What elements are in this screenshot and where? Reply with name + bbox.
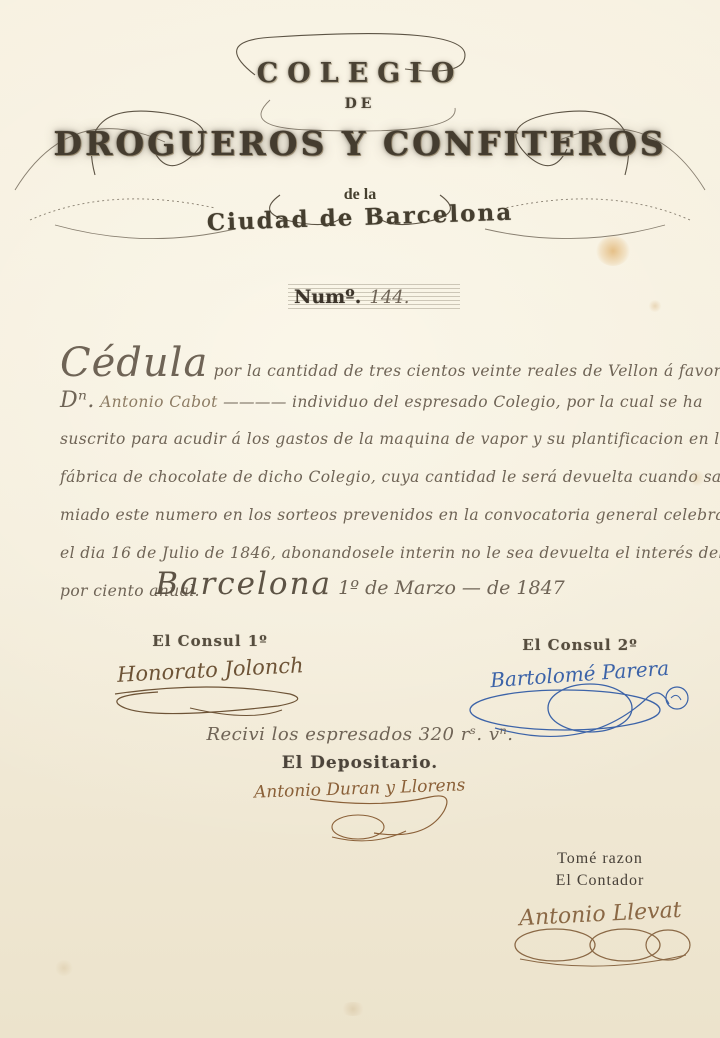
- body-line-text: ———— individuo del espresado Colegio, po…: [223, 393, 703, 411]
- number-value: 144.: [369, 287, 409, 308]
- depositario-signature: Antonio Duran y Llorens: [254, 775, 466, 802]
- certificate-page: COLEGIO DE DROGUEROS Y CONFITEROS de la …: [0, 0, 720, 1038]
- honorific: Dⁿ.: [60, 388, 95, 413]
- depositario-title: El Depositario.: [110, 753, 610, 773]
- foxing-stain: [54, 960, 74, 976]
- receipt-block: Recivi los espresados 320 rˢ. vⁿ. El Dep…: [110, 724, 610, 845]
- consul1-block: El Consul 1º Honorato Jolonch: [80, 632, 340, 722]
- body-line: miado este numero en los sorteos preveni…: [60, 496, 666, 534]
- body-line-text: por la cantidad de tres cientos veinte r…: [208, 362, 720, 380]
- body-line: Dⁿ. Antonio Cabot ———— individuo del esp…: [60, 382, 666, 420]
- consul1-signature: Honorato Jolonch: [116, 653, 304, 687]
- body-line: Cédula por la cantidad de tres cientos v…: [60, 344, 666, 382]
- contador-signature: Antonio Llevat: [518, 898, 682, 931]
- foxing-stain: [340, 1002, 366, 1016]
- receipt-line: Recivi los espresados 320 rˢ. vⁿ.: [110, 724, 610, 745]
- header-trade-title: DROGUEROS Y CONFITEROS: [0, 124, 720, 163]
- foxing-stain: [648, 300, 662, 312]
- consul2-title: El Consul 2º: [450, 636, 710, 654]
- lead-word: Cédula: [60, 340, 208, 386]
- header-society-title: COLEGIO: [0, 58, 720, 89]
- contador-note: Tomé razon: [500, 848, 700, 870]
- beneficiary-name: Antonio Cabot: [95, 393, 223, 411]
- dateline-city: Barcelona: [155, 566, 332, 602]
- foxing-stain: [596, 236, 630, 266]
- certificate-number-band: Numº. 144.: [288, 284, 460, 310]
- number-label: Numº.: [294, 286, 361, 308]
- header-de: DE: [0, 96, 720, 112]
- foxing-stain: [688, 470, 706, 486]
- consul1-title: El Consul 1º: [80, 632, 340, 650]
- body-line: fábrica de chocolate de dicho Colegio, c…: [60, 458, 666, 496]
- dateline: Barcelona 1º de Marzo — de 1847: [0, 566, 720, 602]
- contador-block: Tomé razon El Contador Antonio Llevat: [500, 848, 700, 971]
- body-line: suscrito para acudir á los gastos de la …: [60, 420, 666, 458]
- contador-title: El Contador: [500, 870, 700, 892]
- dateline-date: 1º de Marzo — de 1847: [332, 577, 565, 599]
